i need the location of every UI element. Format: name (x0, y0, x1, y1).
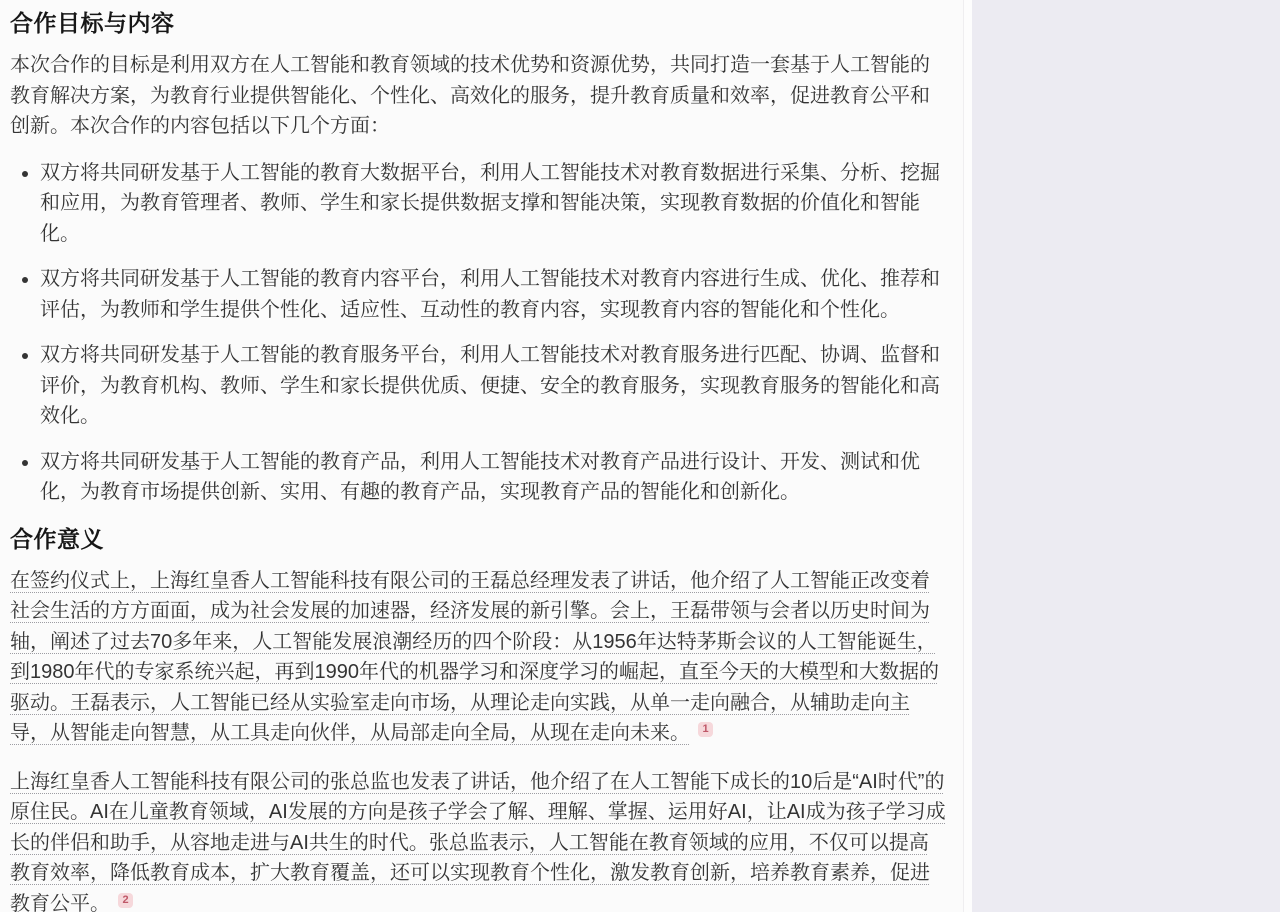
section-heading-significance: 合作意义 (10, 524, 948, 554)
goals-intro-paragraph: 本次合作的目标是利用双方在人工智能和教育领域的技术优势和资源优势，共同打造一套基… (10, 50, 948, 142)
section-heading-goals: 合作目标与内容 (10, 8, 948, 38)
app-window: 合作目标与内容 本次合作的目标是利用双方在人工智能和教育领域的技术优势和资源优势… (0, 0, 1280, 912)
goals-bullet-list: 双方将共同研发基于人工智能的教育大数据平台，利用人工智能技术对教育数据进行采集、… (10, 158, 948, 508)
scrollbar-track[interactable] (963, 0, 972, 912)
bullet-item: 双方将共同研发基于人工智能的教育产品，利用人工智能技术对教育产品进行设计、开发、… (40, 447, 948, 508)
citation-badge[interactable]: 1 (698, 722, 713, 737)
citation-badge[interactable]: 2 (118, 893, 133, 908)
bullet-item: 双方将共同研发基于人工智能的教育内容平台，利用人工智能技术对教育内容进行生成、优… (40, 264, 948, 325)
document-pane: 合作目标与内容 本次合作的目标是利用双方在人工智能和教育领域的技术优势和资源优势… (0, 0, 963, 912)
bullet-item: 双方将共同研发基于人工智能的教育大数据平台，利用人工智能技术对教育数据进行采集、… (40, 158, 948, 250)
cited-text: 上海红皇香人工智能科技有限公司的张总监也发表了讲话，他介绍了在人工智能下成长的1… (10, 771, 946, 912)
cited-text: 在签约仪式上，上海红皇香人工智能科技有限公司的王磊总经理发表了讲话，他介绍了人工… (10, 570, 939, 745)
cited-paragraph: 上海红皇香人工智能科技有限公司的张总监也发表了讲话，他介绍了在人工智能下成长的1… (10, 767, 948, 912)
bullet-item: 双方将共同研发基于人工智能的教育服务平台，利用人工智能技术对教育服务进行匹配、协… (40, 340, 948, 432)
cited-paragraph: 在签约仪式上，上海红皇香人工智能科技有限公司的王磊总经理发表了讲话，他介绍了人工… (10, 566, 948, 749)
side-panel (972, 0, 1280, 912)
